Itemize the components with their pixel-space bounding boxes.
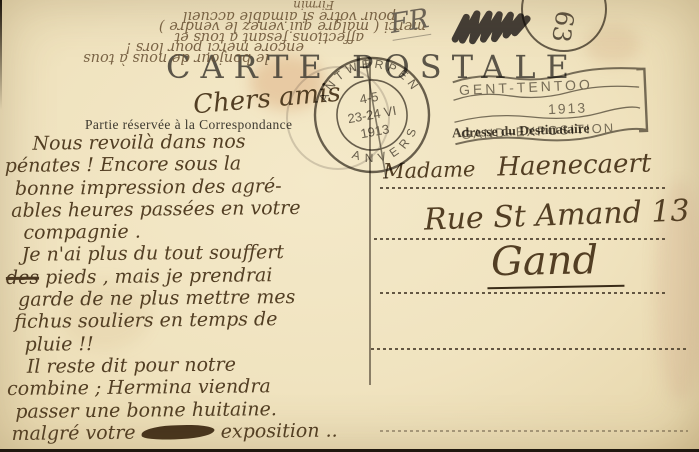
machine-cancel-line2: 1913 (548, 99, 588, 117)
address-street: Rue St Amand 13 (423, 193, 690, 237)
address-rule (371, 348, 689, 350)
datestamp-hours: 4-5 (358, 89, 379, 107)
address-rule (380, 430, 688, 432)
machine-cancel-stamp: GENT-TENTOO 1913 GAND–EXPOSITION (448, 62, 654, 157)
recipient-name: Haenecaert (497, 148, 652, 182)
machine-cancel-line1: GENT-TENTOO (459, 76, 593, 98)
message-line-post: exposition .. (215, 419, 338, 442)
message-line-rest: pieds , mais je prendrai (39, 264, 273, 288)
datestamp-date: 23-24 VI (346, 103, 397, 126)
address-rule (380, 187, 666, 189)
postcard-back: CARTE POSTALE Partie réservée à la Corre… (0, 0, 699, 452)
address-city-text: Gand (487, 237, 625, 289)
message-line: malgré votre █████ exposition .. (7, 419, 387, 445)
ink-blot: █████ (141, 423, 215, 440)
number-circle-text: 63 (546, 9, 580, 45)
datestamp-year: 1913 (359, 121, 390, 141)
circular-datestamp: ANTWERPEN ANVERS 4-5 23-24 VI 1913 (285, 28, 459, 202)
address-rule (380, 292, 668, 294)
address-city: Gand (487, 237, 625, 285)
card-edge-left (0, 0, 2, 110)
message-line-pre: malgré votre (11, 421, 141, 444)
note-line: pour votre si aimable accueil (0, 11, 434, 22)
struck-word: des (6, 266, 39, 288)
